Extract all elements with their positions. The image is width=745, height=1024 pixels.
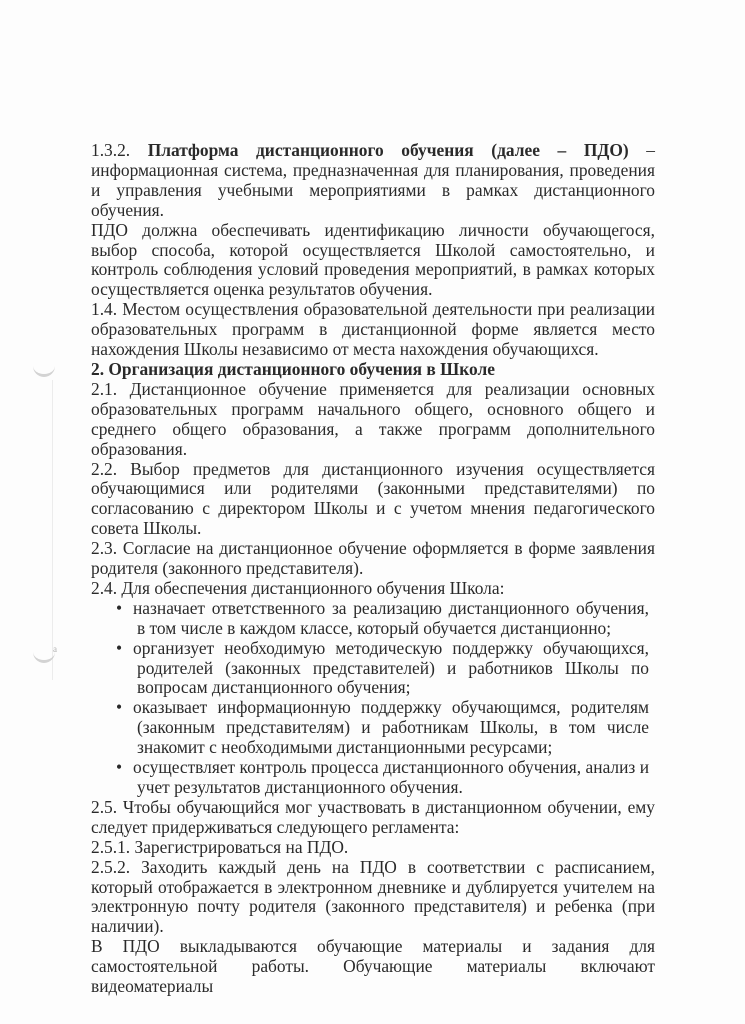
list-item: •оказывает информационную поддержку обуч… bbox=[91, 698, 655, 758]
paragraph-1-4: 1.4. Местом осуществления образовательно… bbox=[91, 300, 655, 360]
section-heading-2: 2. Организация дистанционного обучения в… bbox=[91, 360, 655, 380]
scan-fold-line bbox=[52, 380, 53, 680]
punch-hole-mark bbox=[33, 362, 55, 377]
term-definition: Платформа дистанционного обучения (далее… bbox=[148, 140, 629, 160]
list-item-text: осуществляет контроль процесса дистанцио… bbox=[133, 757, 649, 797]
list-item-text: организует необходимую методическую подд… bbox=[133, 638, 649, 698]
margin-scribble: а bbox=[53, 644, 57, 654]
paragraph-2-4: 2.4. Для обеспечения дистанционного обуч… bbox=[91, 579, 655, 599]
paragraph-2-2: 2.2. Выбор предметов для дистанционного … bbox=[91, 460, 655, 540]
clause-number: 1.3.2. bbox=[91, 140, 130, 160]
bullet-icon: • bbox=[116, 599, 122, 619]
bullet-icon: • bbox=[116, 639, 122, 659]
paragraph-pdo-materials: В ПДО выкладываются обучающие материалы … bbox=[91, 937, 655, 997]
list-item-text: назначает ответственного за реализацию д… bbox=[133, 598, 649, 638]
bullet-icon: • bbox=[116, 698, 122, 718]
list-item: •организует необходимую методическую под… bbox=[91, 639, 655, 699]
paragraph-1-3-2: 1.3.2. Платформа дистанционного обучения… bbox=[91, 141, 655, 221]
paragraph-2-5-2: 2.5.2. Заходить каждый день на ПДО в соо… bbox=[91, 858, 655, 938]
school-duties-list: •назначает ответственного за реализацию … bbox=[91, 599, 655, 798]
paragraph-pdo-requirements: ПДО должна обеспечивать идентификацию ли… bbox=[91, 221, 655, 301]
paragraph-2-5: 2.5. Чтобы обучающийся мог участвовать в… bbox=[91, 798, 655, 838]
document-page: 1.3.2. Платформа дистанционного обучения… bbox=[91, 141, 655, 997]
paragraph-2-3: 2.3. Согласие на дистанционное обучение … bbox=[91, 539, 655, 579]
paragraph-2-1: 2.1. Дистанционное обучение применяется … bbox=[91, 380, 655, 460]
bullet-icon: • bbox=[116, 758, 122, 778]
list-item-text: оказывает информационную поддержку обуча… bbox=[133, 697, 649, 757]
list-item: •осуществляет контроль процесса дистанци… bbox=[91, 758, 655, 798]
paragraph-2-5-1: 2.5.1. Зарегистрироваться на ПДО. bbox=[91, 838, 655, 858]
list-item: •назначает ответственного за реализацию … bbox=[91, 599, 655, 639]
